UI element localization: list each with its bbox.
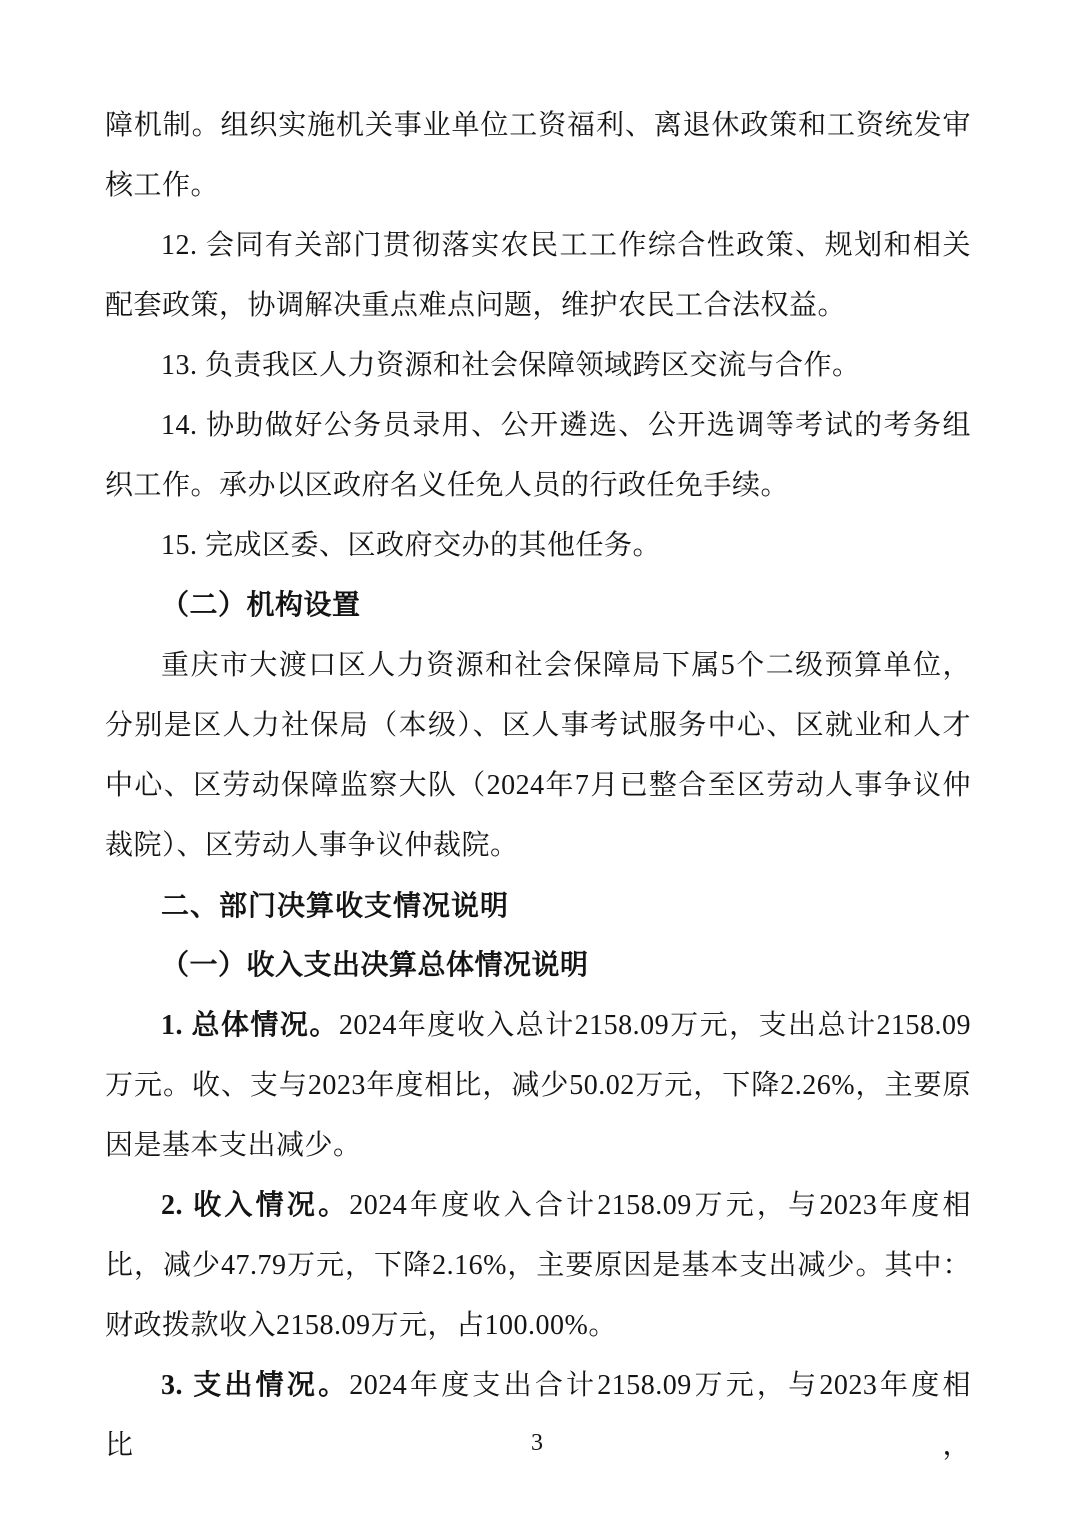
paragraph-subordinate-units: 重庆市大渡口区人力资源和社会保障局下属5个二级预算单位，分别是区人力社保局（本级… [105,636,971,876]
paragraph-expenditure-situation: 3. 支出情况。2024年度支出合计2158.09万元，与2023年度相比， [105,1356,971,1476]
document-page: 障机制。组织实施机关事业单位工资福利、离退休政策和工资统发审核工作。 12. 会… [0,0,1074,1520]
section-heading-overall-situation: （一）收入支出决算总体情况说明 [105,936,971,996]
chapter-heading-final-accounts: 二、部门决算收支情况说明 [105,876,971,936]
paragraph-overall-situation: 1. 总体情况。2024年度收入总计2158.09万元，支出总计2158.09万… [105,996,971,1176]
paragraph-item15: 15. 完成区委、区政府交办的其他任务。 [105,516,971,576]
document-body: 障机制。组织实施机关事业单位工资福利、离退休政策和工资统发审核工作。 12. 会… [105,96,971,1476]
paragraph-item12: 12. 会同有关部门贯彻落实农民工工作综合性政策、规划和相关配套政策，协调解决重… [105,216,971,336]
paragraph-item13: 13. 负责我区人力资源和社会保障领域跨区交流与合作。 [105,336,971,396]
paragraph-continued-item11: 障机制。组织实施机关事业单位工资福利、离退休政策和工资统发审核工作。 [105,96,971,216]
section-heading-organization-setup: （二）机构设置 [105,576,971,636]
paragraph-lead-expenditure: 3. 支出情况。 [161,1370,349,1401]
paragraph-income-situation: 2. 收入情况。2024年度收入合计2158.09万元，与2023年度相比，减少… [105,1176,971,1356]
page-number: 3 [0,1428,1074,1458]
paragraph-item14: 14. 协助做好公务员录用、公开遴选、公开选调等考试的考务组织工作。承办以区政府… [105,396,971,516]
paragraph-lead-overall: 1. 总体情况。 [161,1010,339,1041]
paragraph-lead-income: 2. 收入情况。 [161,1190,349,1221]
